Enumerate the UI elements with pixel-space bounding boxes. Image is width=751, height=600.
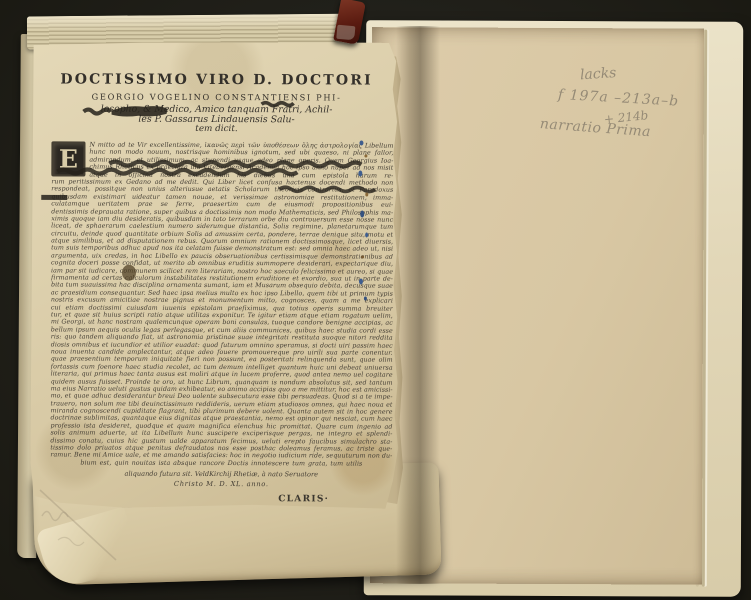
- dedication-heading: DOCTISSIMO VIRO D. DOCTORI GEORGIO VOGEL…: [41, 71, 391, 134]
- edge-fleck: [359, 140, 363, 145]
- body-text-line: bium est, quin nouitas ista absque ranco…: [80, 459, 362, 467]
- edge-fleck: [364, 297, 367, 301]
- edge-fleck: [365, 233, 368, 238]
- printed-dedication-page: DOCTISSIMO VIRO D. DOCTORI GEORGIO VOGEL…: [30, 41, 402, 508]
- edge-fleck: [358, 170, 362, 176]
- body-text-block: N mitto ad te Vir excellentissime, ἱκανῶ…: [50, 141, 393, 467]
- photo-open-book: lacks f 197a –213a–b + 214b narratio Pri…: [0, 0, 751, 600]
- woodcut-initial: E: [51, 141, 85, 176]
- heading-line-5: tem dicit.: [41, 124, 391, 135]
- edge-fleck: [361, 256, 364, 259]
- ribbon-tip: [336, 25, 355, 41]
- edge-fleck: [365, 193, 368, 197]
- ribbon-bookmark: [333, 0, 366, 45]
- closing-line-2: Christo M. D. XL. anno.: [50, 478, 392, 489]
- pencil-annotation-lacks: lacks: [580, 65, 617, 83]
- edge-fleck: [360, 211, 364, 218]
- edge-fleck: [359, 278, 363, 284]
- catchword: CLARIS·: [278, 494, 329, 504]
- edge-fleck: [364, 155, 367, 158]
- heading-line-1: DOCTISSIMO VIRO D. DOCTORI: [42, 71, 392, 88]
- closing-lines: aliquando futura sit. VeldKirchij Rhetiæ…: [50, 469, 392, 489]
- pencil-annotation-folios: f 197a –213a–b: [558, 87, 680, 110]
- heading-line-2: GEORGIO VOGELINO CONSTANTIENSI PHI-: [42, 91, 392, 102]
